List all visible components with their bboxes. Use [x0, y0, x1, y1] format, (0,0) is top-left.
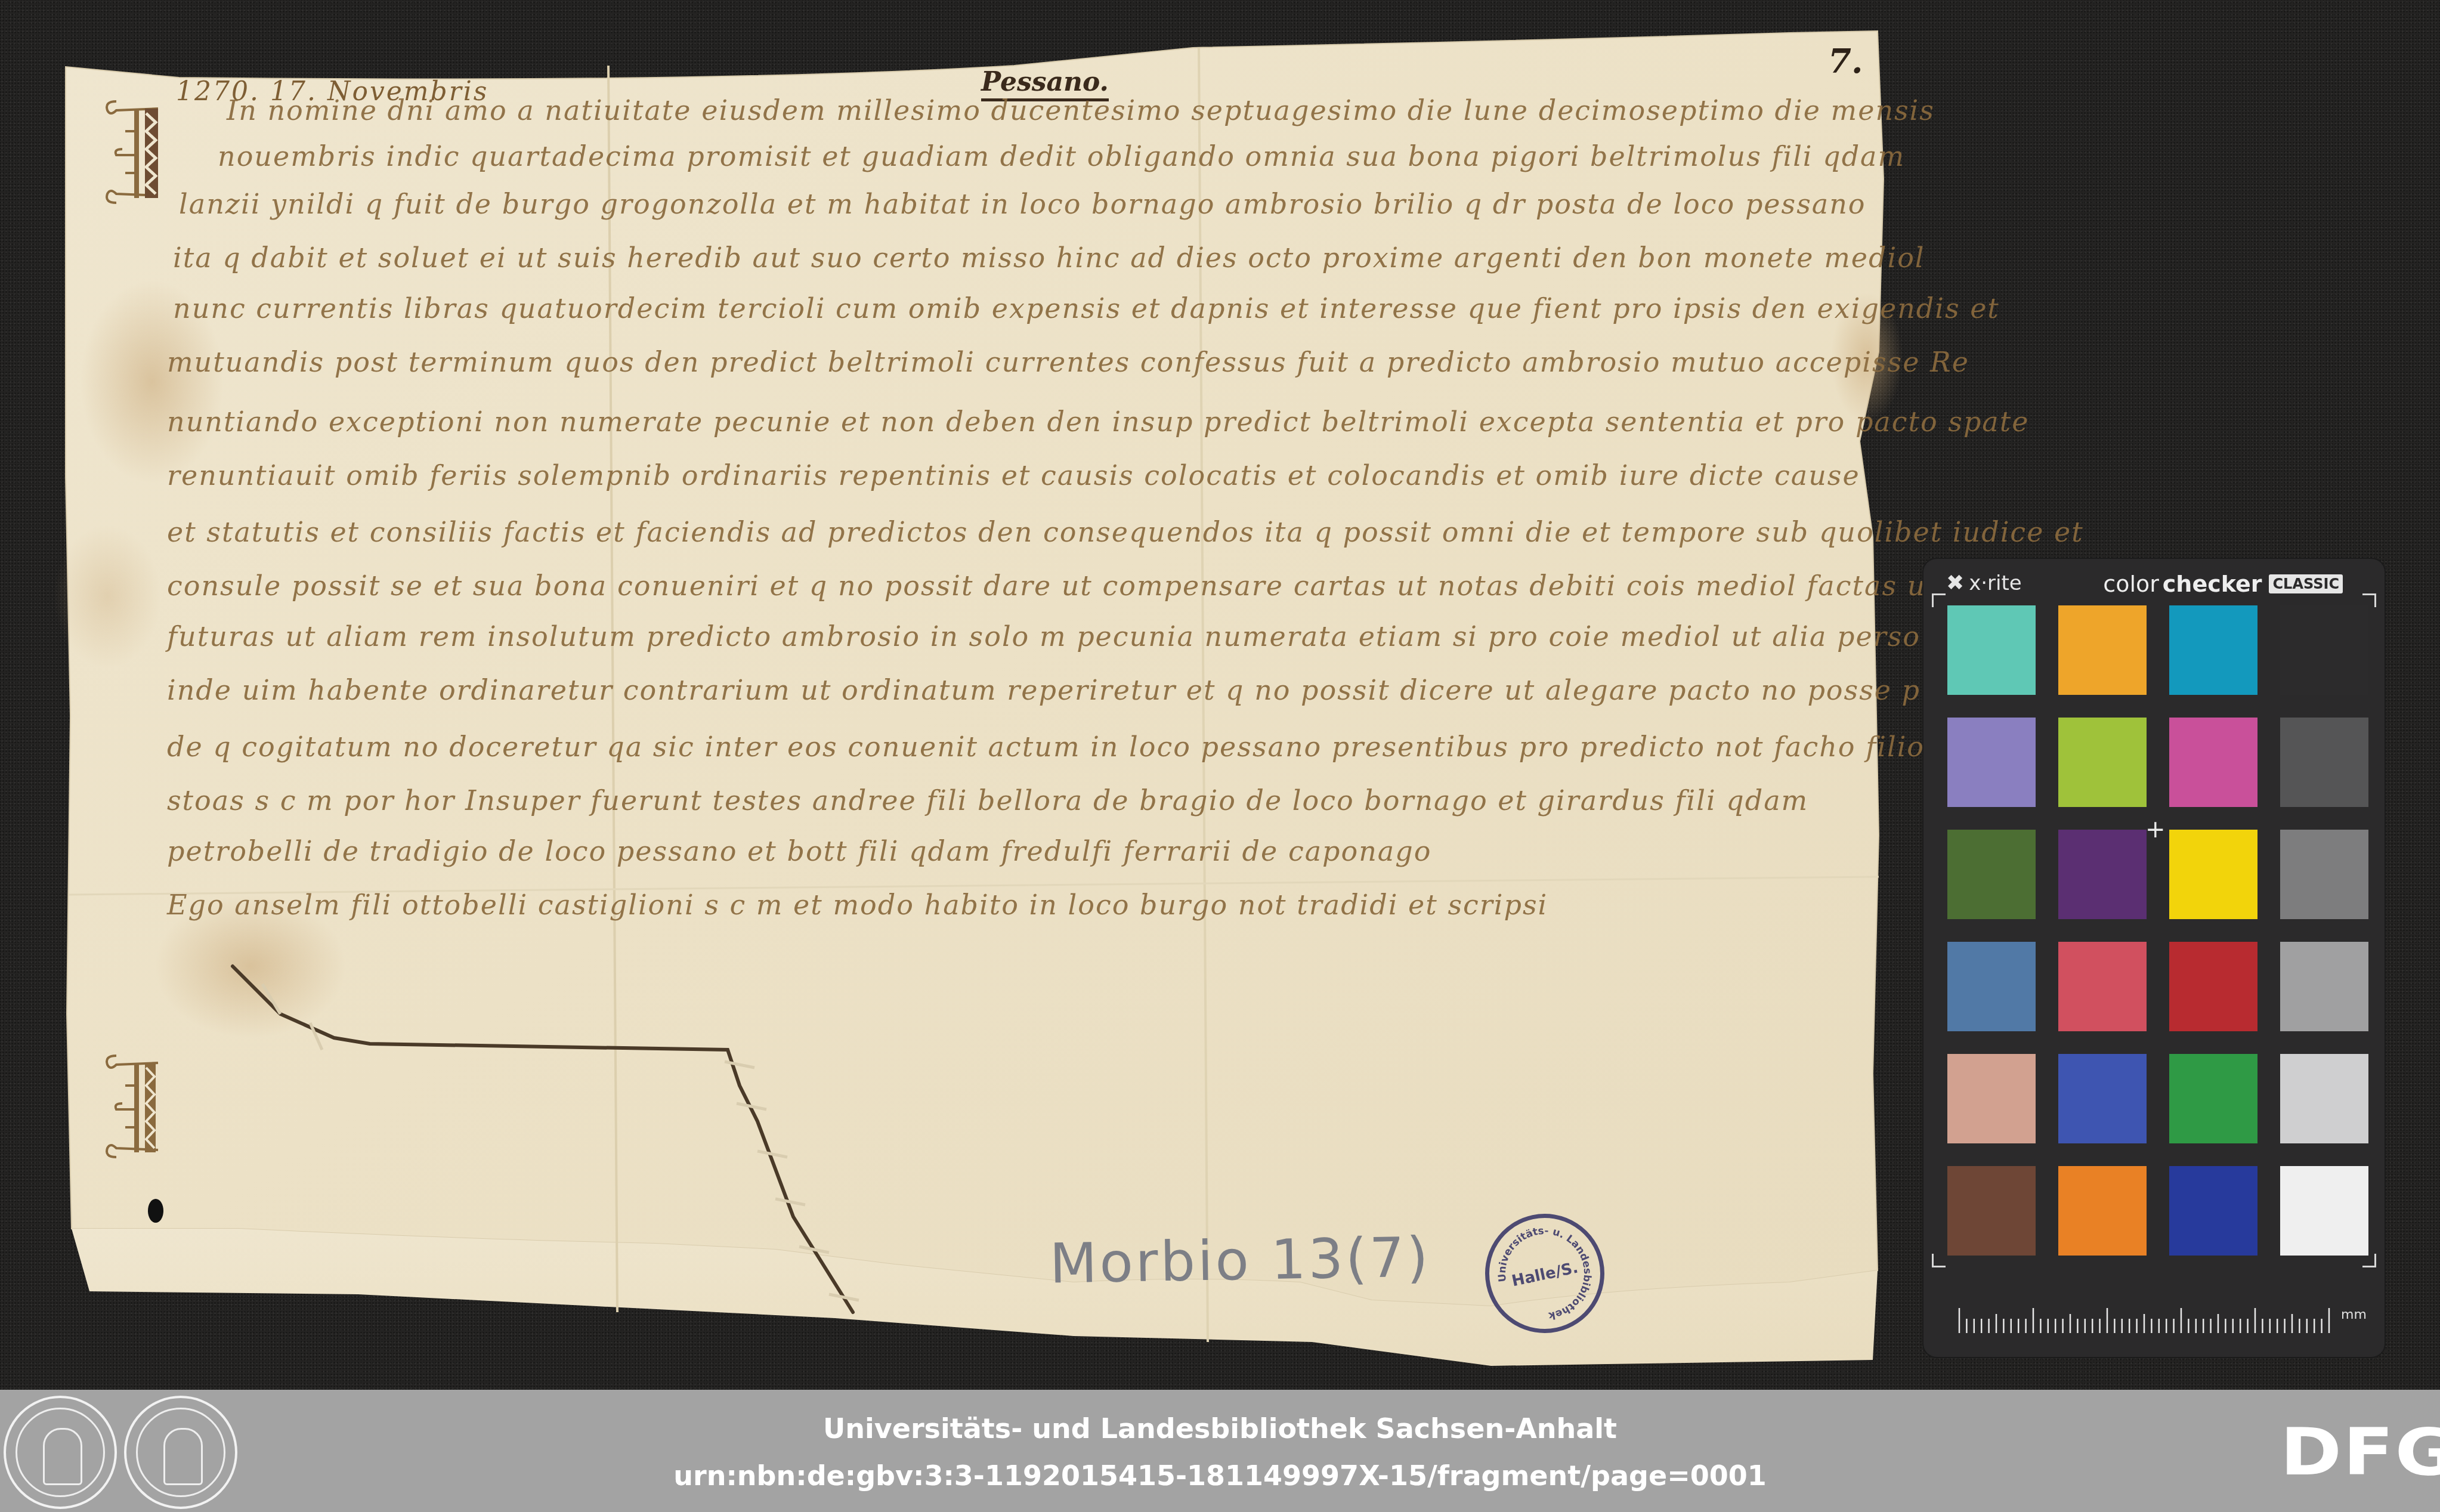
- color-swatch: [2169, 605, 2257, 695]
- manuscript-line: nunc currentis libras quatuordecim terci…: [173, 292, 2000, 324]
- manuscript-line: de q cogitatum no doceretur qa sic inter…: [167, 731, 2178, 763]
- color-swatch: [1947, 942, 2036, 1031]
- color-swatch: [1947, 1054, 2036, 1143]
- color-swatch: [1947, 830, 2036, 919]
- color-swatch: [2058, 605, 2147, 695]
- page-number: 7.: [1828, 42, 1863, 81]
- classic-badge: CLASSIC: [2269, 574, 2343, 593]
- manuscript-line: nouembris indic quartadecima promisit et…: [218, 140, 1905, 172]
- color-swatch: [2280, 605, 2368, 695]
- manuscript-line: Ego anselm fili ottobelli castiglioni s …: [167, 889, 1548, 921]
- colorchecker-title: colorchecker CLASSIC: [2103, 571, 2343, 597]
- color-checker-card: ✖ x·rite colorchecker CLASSIC +: [1923, 559, 2385, 1357]
- crop-mark-icon: [1932, 1254, 1946, 1267]
- color-swatch: [2169, 942, 2257, 1031]
- color-swatch: [2058, 942, 2147, 1031]
- center-crosshair-icon: +: [2145, 818, 2166, 842]
- urn-identifier[interactable]: urn:nbn:de:gbv:3:3-1192015415-181149997X…: [0, 1460, 2440, 1492]
- color-swatch: [2280, 1166, 2368, 1256]
- color-swatch-grid: [1947, 605, 2368, 1256]
- color-swatch: [2058, 718, 2147, 807]
- color-swatch: [2058, 830, 2147, 919]
- manuscript-line: consule possit se et sua bona conueniri …: [167, 570, 1938, 602]
- title-light: color: [2103, 571, 2159, 597]
- institution-name: Universitäts- und Landesbibliothek Sachs…: [0, 1412, 2440, 1445]
- color-swatch: [2169, 1166, 2257, 1256]
- color-swatch: [2169, 718, 2257, 807]
- xrite-logo-icon: ✖: [1946, 571, 1964, 595]
- title-bold: checker: [2163, 571, 2262, 597]
- punch-hole: [148, 1199, 163, 1223]
- manuscript-line: mutuandis post terminum quos den predict…: [167, 346, 1969, 378]
- color-swatch: [2280, 718, 2368, 807]
- xrite-brand: ✖ x·rite: [1946, 571, 2022, 595]
- decorated-initial-icon: [98, 1050, 170, 1169]
- color-swatch: [2169, 830, 2257, 919]
- pencil-shelfmark: Morbio 13(7): [1049, 1225, 1431, 1295]
- manuscript-line: nuntiando exceptioni non numerate pecuni…: [167, 406, 2030, 438]
- manuscript-line: lanzii ynildi q fuit de burgo grogonzoll…: [179, 188, 1866, 220]
- dfg-logo: DFG: [2280, 1421, 2440, 1485]
- color-swatch: [2280, 942, 2368, 1031]
- color-swatch: [2058, 1166, 2147, 1256]
- manuscript-line: ita q dabit et soluet ei ut suis heredib…: [173, 242, 1925, 274]
- color-swatch: [1947, 1166, 2036, 1256]
- color-swatch: [1947, 718, 2036, 807]
- color-swatch: [2058, 1054, 2147, 1143]
- manuscript-line: petrobelli de tradigio de loco pessano e…: [167, 835, 1431, 867]
- manuscript-line: inde uim habente ordinaretur contrarium …: [167, 674, 1982, 706]
- xrite-brand-text: x·rite: [1969, 571, 2022, 595]
- manuscript-line: futuras ut aliam rem insolutum predicto …: [167, 620, 1957, 653]
- color-swatch: [2280, 1054, 2368, 1143]
- manuscript-line: In nomine dni amo a natiuitate eiusdem m…: [227, 94, 1935, 126]
- manuscript-line: stoas s c m por hor Insuper fuerunt test…: [167, 784, 1808, 817]
- mm-ruler: [1953, 1294, 2335, 1335]
- decorated-initial-icon: [98, 95, 170, 215]
- color-swatch: [1947, 605, 2036, 695]
- color-swatch: [2280, 830, 2368, 919]
- color-swatch: [2169, 1054, 2257, 1143]
- ruler-unit-label: mm: [2341, 1307, 2367, 1322]
- manuscript-line: et statutis et consiliis factis et facie…: [167, 516, 2084, 548]
- crop-mark-icon: [1932, 593, 1946, 607]
- footer-bar: Universitäts- und Landesbibliothek Sachs…: [0, 1390, 2440, 1512]
- crop-mark-icon: [2362, 1254, 2376, 1267]
- manuscript-line: renuntiauit omib feriis solempnib ordina…: [167, 459, 1860, 491]
